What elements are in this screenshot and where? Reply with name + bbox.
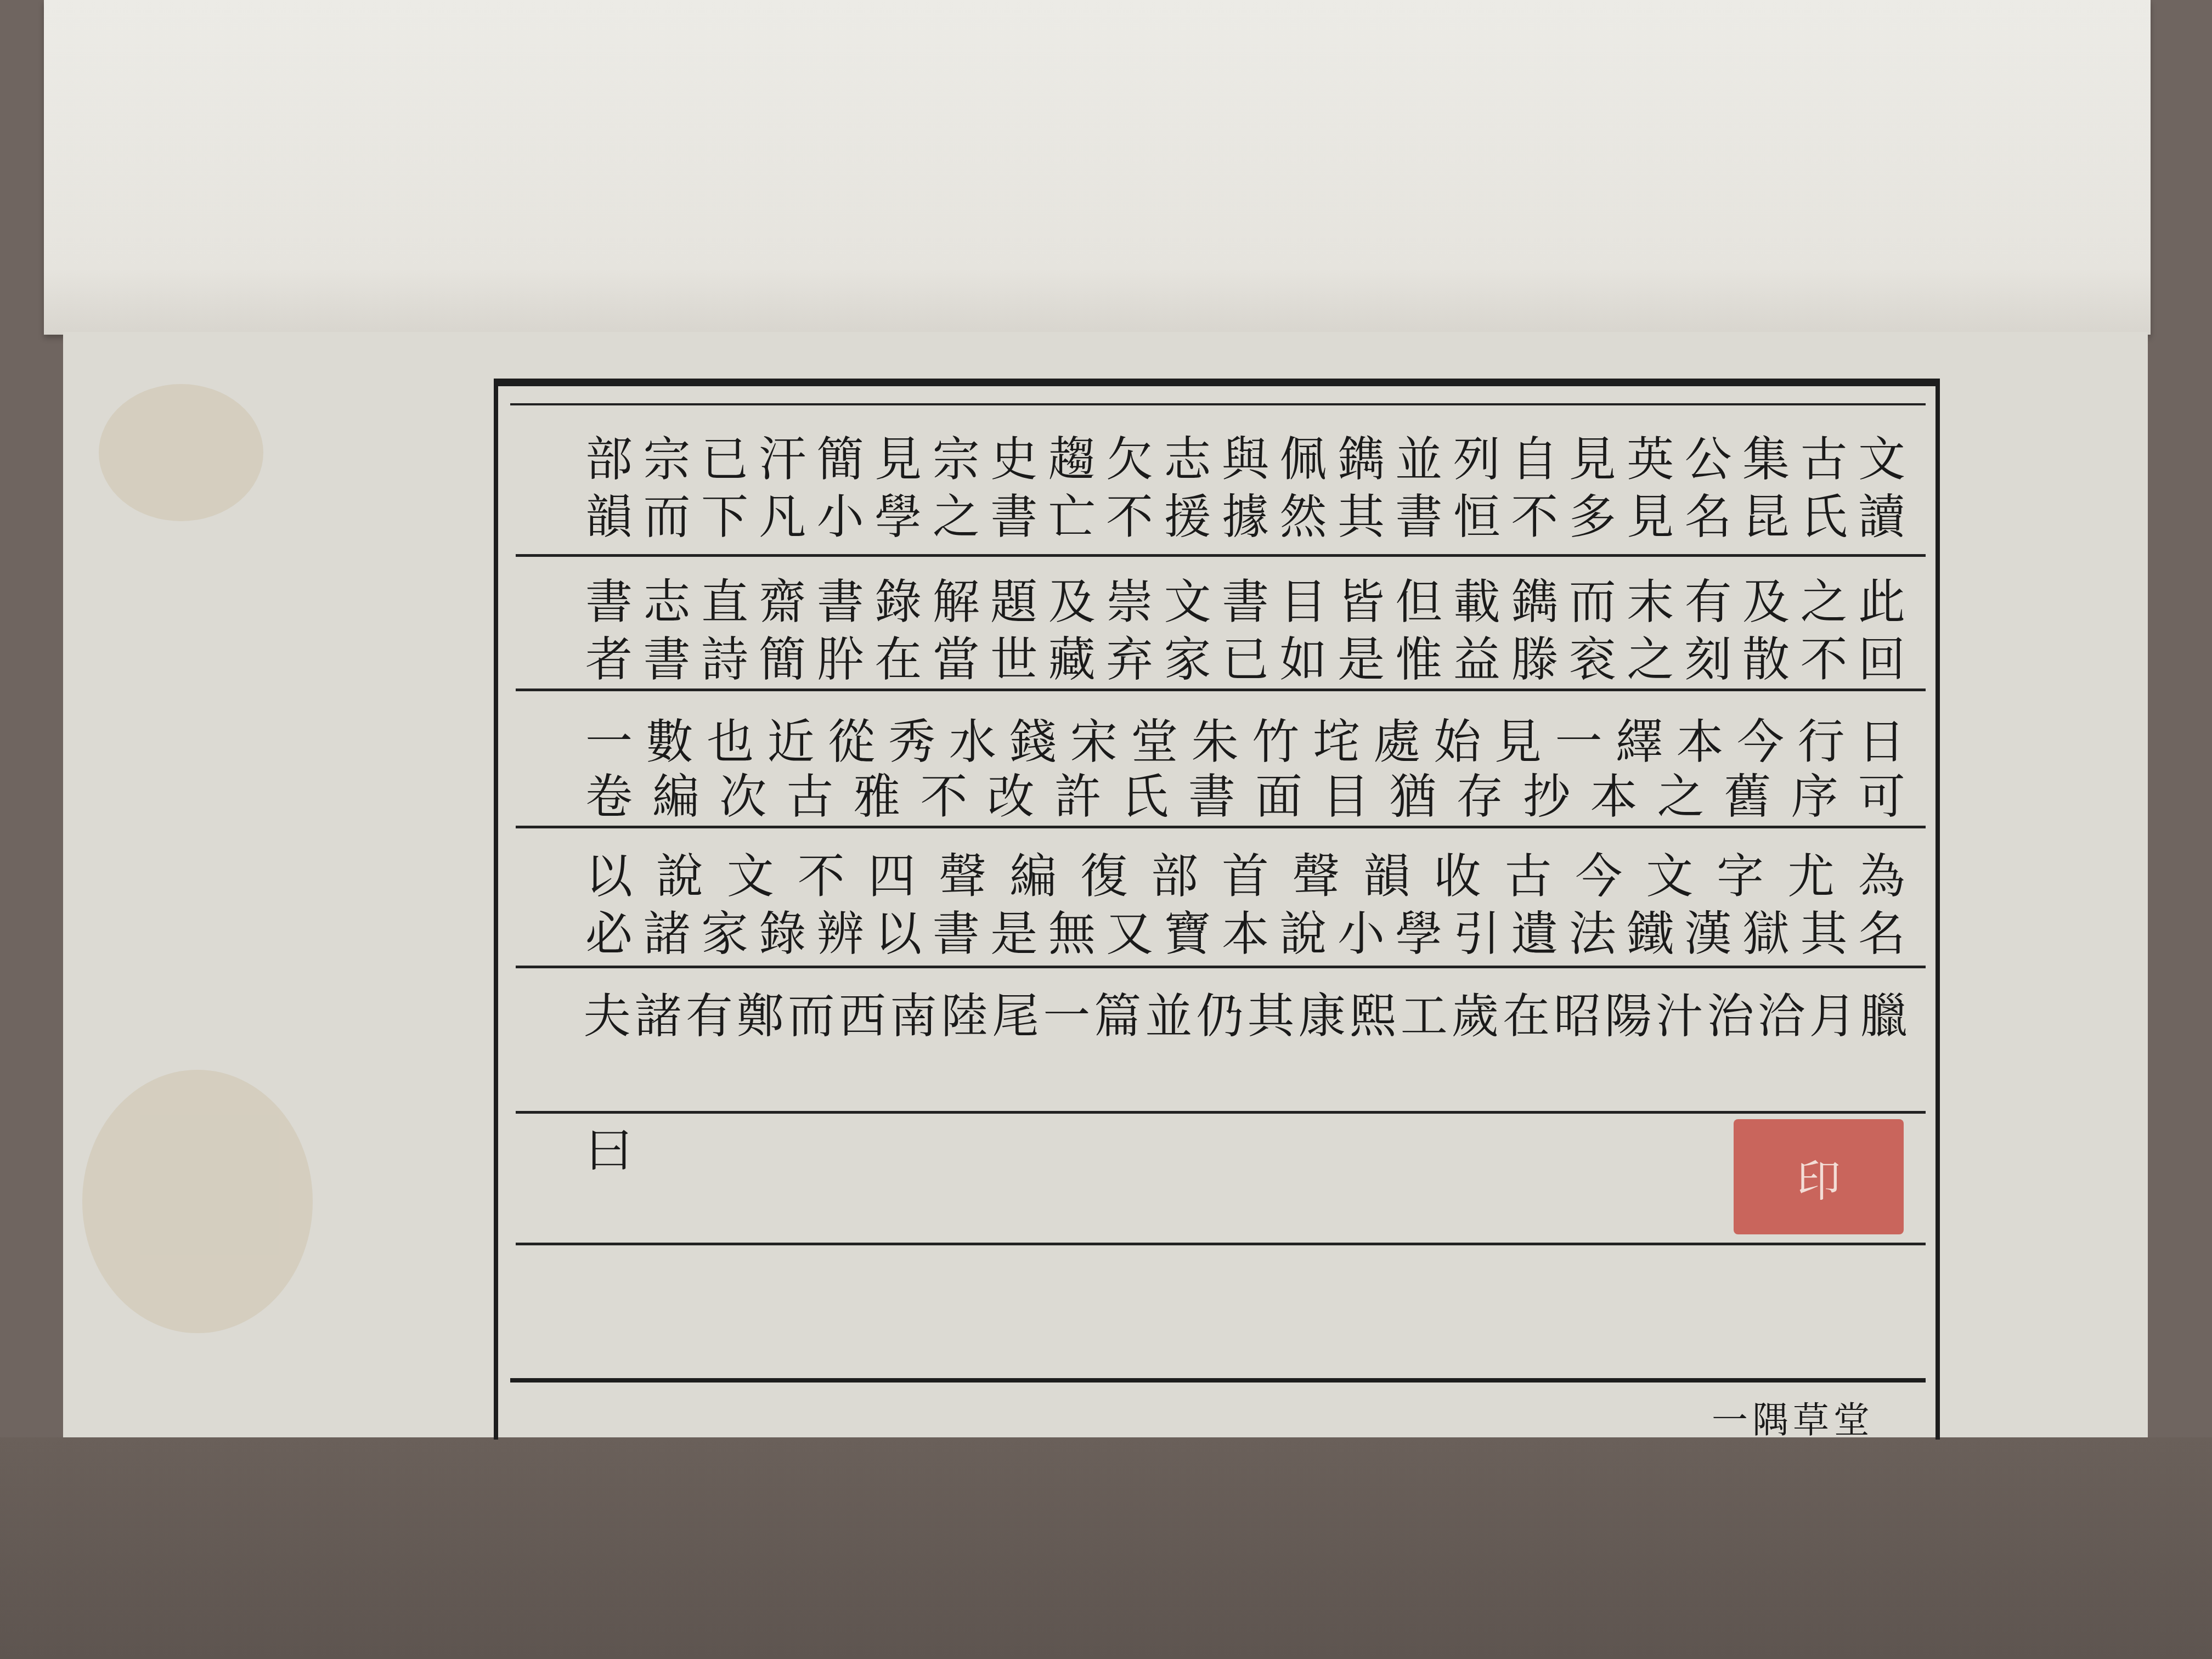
glyph: 弃 [1102,622,1157,690]
glyph: 小 [813,479,868,547]
glyph: 散 [1739,622,1793,690]
glyph: 而 [639,479,694,547]
glyph: 書 [1391,479,1446,547]
glyph: 必 [582,896,636,964]
glyph: 月 [1807,978,1858,1046]
glyph: 昭 [1551,978,1602,1046]
glyph: 已 [1218,622,1273,690]
glyph: 益 [1449,622,1504,690]
glyph: 之 [1654,759,1708,827]
red-seal-stamp: 印 [1734,1119,1904,1234]
glyph: 世 [986,622,1041,690]
glyph: 辨 [813,896,868,964]
column-rule [516,554,1926,557]
glyph: 藏 [1045,622,1099,690]
glyph: 然 [1276,479,1330,547]
glyph: 寶 [1160,896,1215,964]
glyph: 康 [1296,978,1347,1046]
glyph: 名 [1681,479,1736,547]
column-rule [516,1111,1926,1114]
glyph: 滕 [1507,622,1562,690]
glyph: 陸 [939,978,990,1046]
text-row: 書志直齋書錄解題及崇文書目皆但載鐫而末有及之此 [582,568,1909,628]
glyph: 在 [871,622,926,690]
glyph: 汁 [1654,978,1705,1046]
glyph: 不 [1102,479,1157,547]
glyph: 肸 [813,622,868,690]
glyph: 而 [786,978,837,1046]
glyph: 當 [929,622,984,690]
glyph: 說 [1276,896,1330,964]
glyph: 舊 [1720,759,1775,827]
glyph: 讀 [1854,479,1909,547]
glyph: 其 [1334,479,1389,547]
glyph: 曰 [582,1113,636,1181]
glyph: 法 [1565,896,1620,964]
text-row: 者書詩簡肸在當世藏弃家已如是惟益滕衮之刻散不回 [582,625,1909,686]
text-row: 一數也近從秀水錢宋堂朱竹垞處始見一繹本今行日 [582,708,1909,768]
glyph: 雅 [849,759,904,827]
text-row: 卷編次古雅不改許氏書面目猶存抄本之舊序可 [582,763,1909,823]
glyph: 詩 [697,622,752,690]
paper-stain [99,384,263,521]
glyph: 次 [715,759,770,827]
glyph: 衮 [1565,622,1620,690]
glyph: 昆 [1739,479,1793,547]
glyph: 惟 [1391,622,1446,690]
fold-margin-rule [510,1378,1926,1383]
glyph: 熙 [1347,978,1398,1046]
glyph: 目 [1318,759,1373,827]
glyph: 本 [1586,759,1641,827]
glyph: 書 [639,622,694,690]
text-row: 曰 [582,1116,1909,1177]
text-row: 以說文不四聲編復部首聲韻收古今文字尤為 [582,842,1909,902]
glyph: 南 [888,978,939,1046]
glyph: 書 [929,896,984,964]
glyph: 回 [1854,622,1909,690]
glyph: 一 [1041,978,1092,1046]
glyph: 古 [782,759,837,827]
glyph: 猶 [1385,759,1440,827]
glyph: 家 [1160,622,1215,690]
text-row: 韻而下凡小學之書亡不援據然其書恒不多見名昆氏讀 [582,483,1909,543]
glyph: 尾 [990,978,1041,1046]
glyph: 洽 [1756,978,1807,1046]
glyph: 卷 [582,759,636,827]
glyph: 序 [1787,759,1842,827]
glyph: 刻 [1681,622,1736,690]
glyph: 援 [1160,479,1215,547]
glyph: 之 [1623,622,1678,690]
fold-margin-text: 一隅草堂 [1712,1391,1874,1443]
glyph: 可 [1854,759,1909,827]
glyph: 遺 [1507,896,1562,964]
glyph: 以 [871,896,926,964]
glyph: 不 [1797,622,1852,690]
glyph: 不 [916,759,971,827]
glyph: 夫 [582,978,633,1046]
glyph: 是 [1334,622,1389,690]
glyph: 在 [1500,978,1551,1046]
column-rule [516,689,1926,691]
glyph: 引 [1449,896,1504,964]
glyph: 面 [1251,759,1306,827]
glyph: 下 [697,479,752,547]
glyph: 書 [1184,759,1239,827]
table-surface [0,1437,2212,1659]
glyph: 漢 [1681,896,1736,964]
glyph: 簡 [755,622,810,690]
glyph: 亡 [1045,479,1099,547]
glyph: 有 [684,978,735,1046]
upper-blank-leaf [44,0,2151,335]
glyph: 多 [1565,479,1620,547]
glyph: 是 [986,896,1041,964]
glyph: 書 [986,479,1041,547]
glyph: 治 [1705,978,1756,1046]
glyph: 陽 [1603,978,1654,1046]
glyph: 許 [1051,759,1105,827]
glyph: 臘 [1858,978,1909,1046]
paper-stain [82,1070,313,1333]
glyph: 據 [1218,479,1273,547]
glyph: 歲 [1449,978,1500,1046]
glyph: 名 [1854,896,1909,964]
glyph: 篇 [1092,978,1143,1046]
glyph: 諸 [633,978,684,1046]
text-row: 必諸家錄辨以書是無又寶本說小學引遺法鐵漢獄其名 [582,900,1909,960]
glyph: 諸 [639,896,694,964]
glyph: 並 [1143,978,1194,1046]
glyph: 獄 [1739,896,1793,964]
glyph: 編 [648,759,703,827]
glyph: 不 [1507,479,1562,547]
column-rule [516,826,1926,828]
frame-inner-rule [510,403,1926,405]
glyph: 無 [1045,896,1099,964]
glyph: 抄 [1519,759,1574,827]
glyph: 其 [1797,896,1852,964]
glyph: 仍 [1194,978,1245,1046]
column-rule [516,1243,1926,1245]
glyph: 改 [984,759,1039,827]
glyph: 存 [1452,759,1507,827]
glyph: 氏 [1118,759,1172,827]
glyph: 鐵 [1623,896,1678,964]
glyph: 錄 [755,896,810,964]
glyph: 之 [929,479,984,547]
glyph: 凡 [755,479,810,547]
glyph: 家 [697,896,752,964]
glyph: 本 [1218,896,1273,964]
glyph: 小 [1334,896,1389,964]
text-row: 部宗已汗簡見宗史趨欠志與佩鐫並列自見英公集古文 [582,425,1909,486]
glyph: 恒 [1449,479,1504,547]
glyph: 其 [1245,978,1296,1046]
glyph: 工 [1398,978,1449,1046]
glyph: 如 [1276,622,1330,690]
glyph: 學 [871,479,926,547]
glyph: 鄭 [735,978,786,1046]
seal-label: 印 [1797,1145,1841,1209]
glyph: 見 [1623,479,1678,547]
text-row: 夫諸有鄭而西南陸尾一篇並仍其康熙工歲在昭陽汁治洽月臘 [582,982,1909,1042]
glyph: 西 [837,978,888,1046]
glyph: 氏 [1797,479,1852,547]
glyph: 又 [1102,896,1157,964]
glyph: 學 [1391,896,1446,964]
column-rule [516,966,1926,968]
glyph: 韻 [582,479,636,547]
glyph: 者 [582,622,636,690]
